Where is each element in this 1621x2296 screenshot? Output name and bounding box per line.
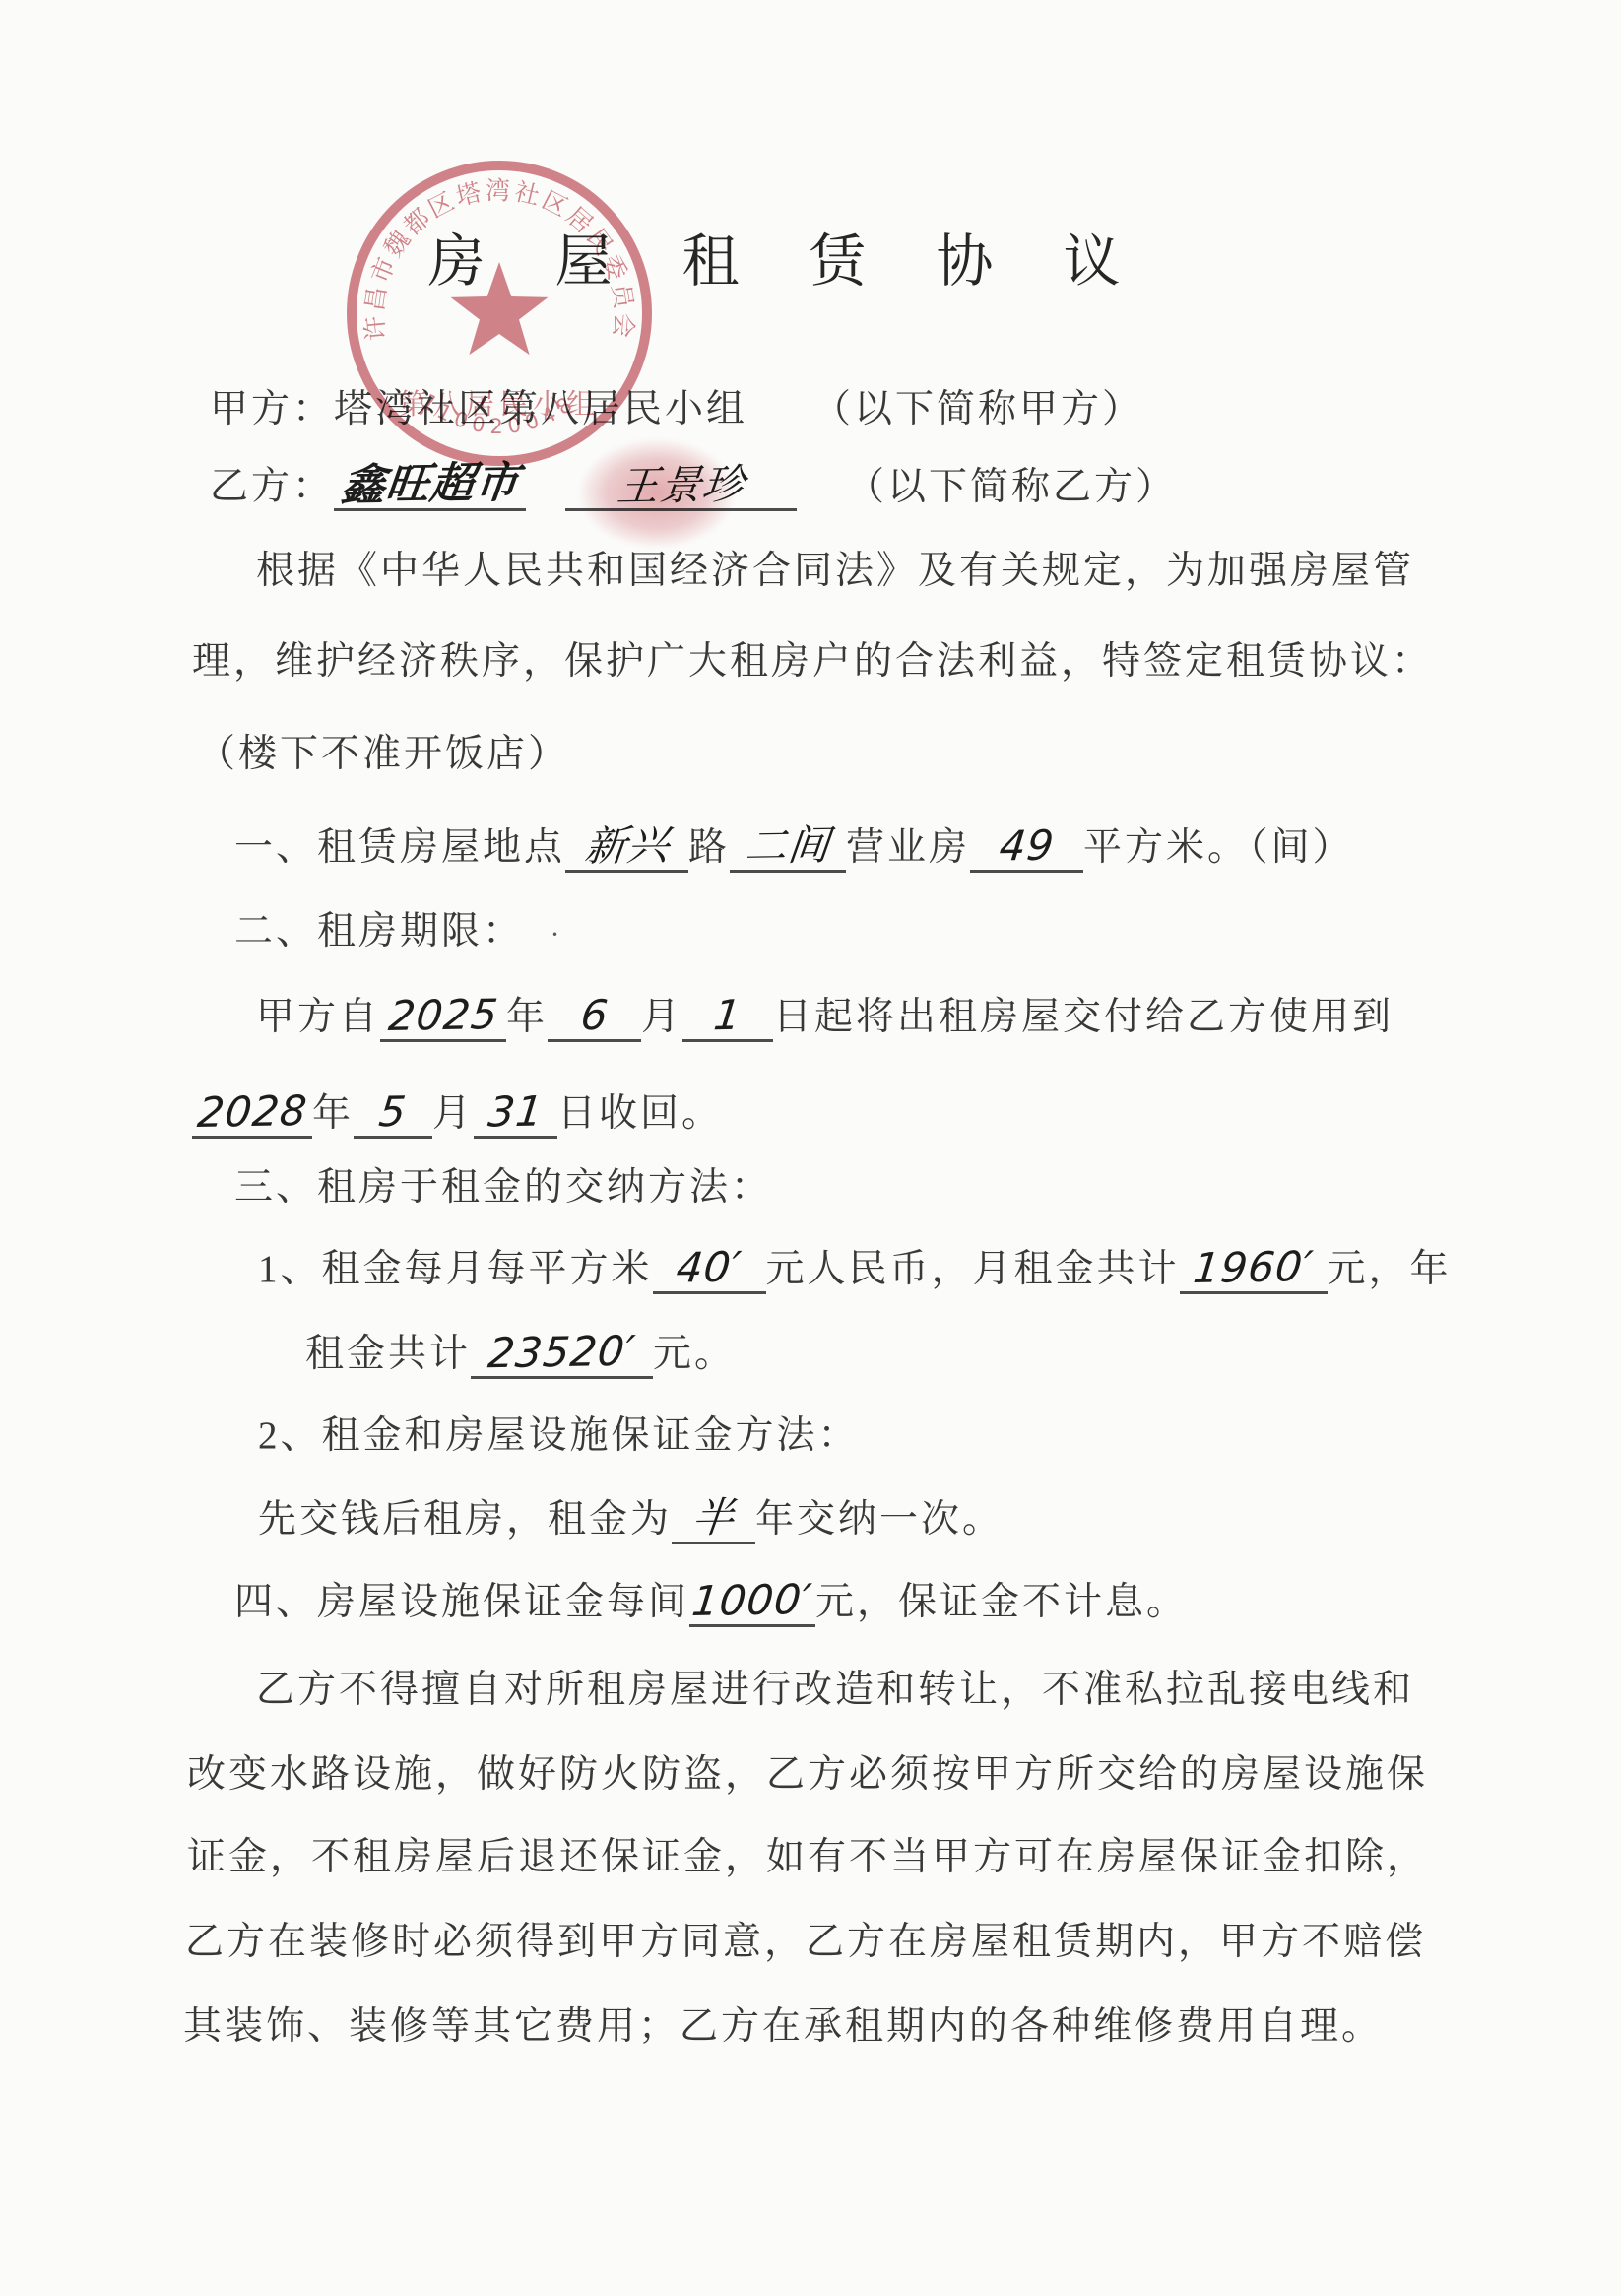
party-a-label: 甲方： <box>210 388 334 430</box>
deposit-prefix: 四、房屋设施保证金每间 <box>234 1581 689 1623</box>
clause-3-item-1-line-1: 1、租金每月每平方米40′元人民币，月租金共计1960′元，年 <box>258 1245 1452 1294</box>
clause-3-item-1-line-2: 租金共计23520′元。 <box>305 1330 736 1379</box>
end-day-blank: 31 <box>474 1089 557 1139</box>
preamble-line-3: （楼下不准开饭店） <box>197 731 569 779</box>
end-year-value: 2028 <box>195 1088 309 1136</box>
party-b-name-blank-2: 王景珍 <box>565 463 797 512</box>
clause-3-heading: 三、租房于租金的交纳方法： <box>234 1164 772 1213</box>
terms-line-4: 乙方在装修时必须得到甲方同意，乙方在房屋租赁期内，甲方不赔偿 <box>185 1919 1426 1967</box>
rate-value: 40′ <box>675 1244 745 1290</box>
clause-1-suffix: 平方米。（间） <box>1083 826 1354 869</box>
party-b-name-blank: 鑫旺超市 <box>334 461 526 511</box>
payment-prefix: 先交钱后租房，租金为 <box>258 1498 672 1541</box>
rooms-value: 二间 <box>743 822 832 870</box>
clause-2-line-2: 2028年5月31日收回。 <box>192 1089 723 1139</box>
party-b-label: 乙方： <box>210 466 334 508</box>
rate-mid: 元人民币，月租金共计 <box>766 1248 1180 1290</box>
yearly-rent-value: 23520′ <box>486 1329 637 1377</box>
street-value: 新兴 <box>582 822 672 870</box>
rate-prefix: 1、租金每月每平方米 <box>258 1248 653 1290</box>
year-label-2: 年 <box>312 1092 354 1135</box>
clause-1-line: 一、租赁房屋地点新兴路二间营业房49平方米。（间） <box>234 823 1354 873</box>
page-title: 房 屋 租 赁 协 议 <box>0 215 1562 297</box>
preamble-line-1: 根据《中华人民共和国经济合同法》及有关规定，为加强房屋管 <box>256 548 1414 596</box>
document-page: 房 屋 租 赁 协 议 许昌市魏都区塔湾社区居民委员会 第八居民小组 41100… <box>0 0 1621 2296</box>
area-blank: 49 <box>970 823 1083 873</box>
start-day-value: 1 <box>712 993 745 1039</box>
stray-dot: · <box>551 918 563 951</box>
start-year-blank: 2025 <box>380 993 506 1042</box>
deposit-value: 1000′ <box>690 1577 815 1624</box>
term-start-suffix: 日起将出租房屋交付给乙方使用到 <box>773 996 1394 1038</box>
term-end-suffix: 日收回。 <box>557 1092 723 1135</box>
party-a-note: （以下简称甲方） <box>812 388 1143 430</box>
rate-blank: 40′ <box>653 1245 766 1294</box>
rate-suffix: 元，年 <box>1328 1248 1452 1290</box>
party-b-name-2: 王景珍 <box>615 461 746 508</box>
month-label: 月 <box>641 996 682 1038</box>
yearly-rent-blank: 23520′ <box>471 1330 653 1379</box>
area-value: 49 <box>997 823 1056 870</box>
start-month-blank: 6 <box>548 993 641 1042</box>
party-b-name-1: 鑫旺超市 <box>339 459 521 510</box>
deposit-suffix: 元，保证金不计息。 <box>815 1581 1188 1623</box>
terms-line-1: 乙方不得擅自对所租房屋进行改造和转让，不准私拉乱接电线和 <box>256 1667 1414 1715</box>
clause-1-mid-2: 营业房 <box>846 826 970 869</box>
party-a-name: 塔湾社区第八居民小组 <box>334 388 747 430</box>
deposit-blank: 1000′ <box>689 1578 815 1627</box>
terms-line-2: 改变水路设施，做好防火防盗，乙方必须按甲方所交给的房屋设施保 <box>187 1751 1428 1800</box>
yearly-suffix: 元。 <box>653 1333 736 1375</box>
yearly-prefix: 租金共计 <box>305 1333 471 1375</box>
clause-2-line-1: 甲方自2025年6月1日起将出租房屋交付给乙方使用到 <box>256 993 1394 1042</box>
start-year-value: 2025 <box>386 992 500 1039</box>
clause-2-heading-line: 二、租房期限：· <box>234 908 563 956</box>
month-label-2: 月 <box>432 1092 474 1135</box>
party-b-note: （以下简称乙方） <box>846 466 1177 508</box>
end-month-blank: 5 <box>354 1089 432 1139</box>
clause-3-item-2-heading: 2、租金和房屋设施保证金方法： <box>258 1412 860 1461</box>
preamble-line-2: 理，维护经济秩序，保护广大租房户的合法利益，特签定租赁协议： <box>192 638 1433 687</box>
start-month-value: 6 <box>578 993 611 1039</box>
clause-3-item-2-line: 先交钱后租房，租金为半年交纳一次。 <box>258 1495 1004 1544</box>
period-blank: 半 <box>672 1495 755 1544</box>
clause-1-mid-1: 路 <box>688 826 730 869</box>
terms-line-3: 证金，不租房屋后退还保证金，如有不当甲方可在房屋保证金扣除， <box>187 1834 1428 1882</box>
year-label: 年 <box>506 996 548 1038</box>
payment-suffix: 年交纳一次。 <box>755 1498 1004 1541</box>
clause-1-prefix: 一、租赁房屋地点 <box>234 826 565 869</box>
monthly-rent-value: 1960′ <box>1191 1244 1316 1291</box>
end-month-value: 5 <box>377 1089 410 1136</box>
clause-4-line: 四、房屋设施保证金每间1000′元，保证金不计息。 <box>234 1578 1188 1627</box>
clause-2-heading: 二、租房期限： <box>234 910 505 952</box>
end-day-value: 31 <box>486 1089 545 1136</box>
start-day-blank: 1 <box>682 993 773 1042</box>
rooms-blank: 二间 <box>730 823 846 873</box>
period-value: 半 <box>690 1495 738 1542</box>
monthly-rent-blank: 1960′ <box>1180 1245 1328 1294</box>
term-start-prefix: 甲方自 <box>256 996 380 1038</box>
party-a-line: 甲方：塔湾社区第八居民小组（以下简称甲方） <box>210 386 1143 434</box>
party-b-line: 乙方：鑫旺超市王景珍（以下简称乙方） <box>210 461 1177 511</box>
end-year-blank: 2028 <box>192 1089 312 1139</box>
street-blank: 新兴 <box>565 823 688 873</box>
terms-line-5: 其装饰、装修等其它费用；乙方在承租期内的各种维修费用自理。 <box>183 2003 1383 2052</box>
